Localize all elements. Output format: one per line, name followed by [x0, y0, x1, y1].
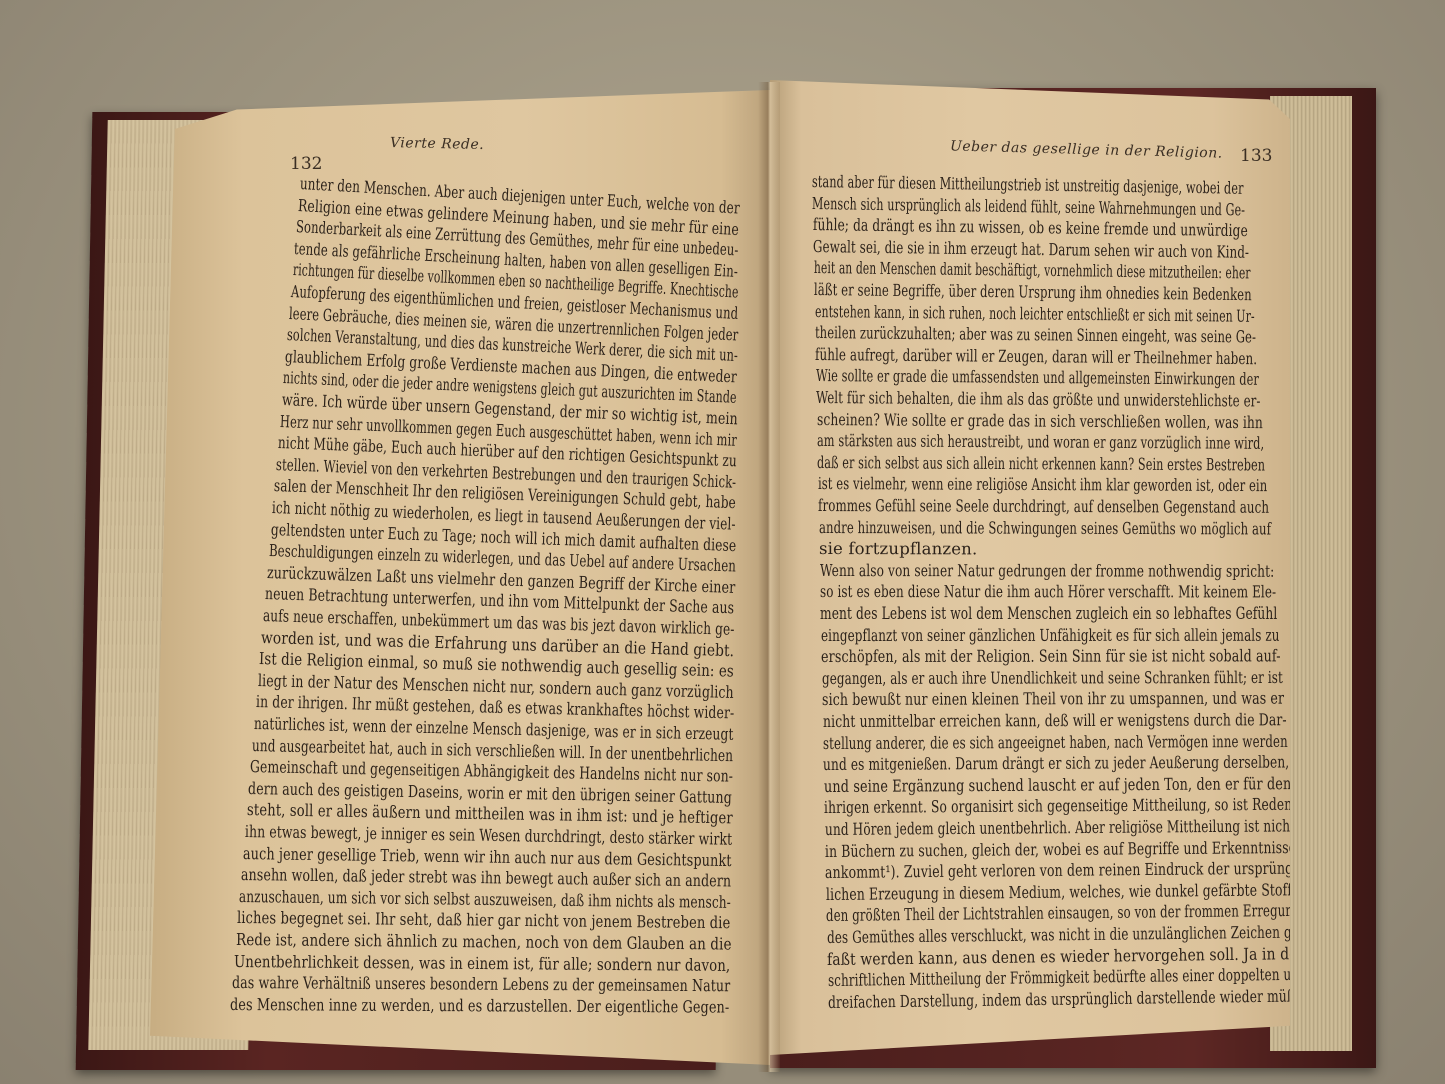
text-line: ist es vielmehr, wenn eine religiöse Ans… [818, 474, 1132, 495]
text-line: schriftlichen Mittheilung der Frömmigkei… [827, 967, 1173, 991]
text-line: des Gemüthes alles verschluckt, was nich… [827, 924, 1173, 947]
text-line: sich bewußt nur einen kleinen Theil von … [822, 689, 1175, 709]
text-line: Mensch sich ursprünglich als leidend füh… [812, 194, 1105, 217]
text-line: anzuschauen, um sich vor sich selbst aus… [239, 887, 599, 910]
text-line: auch jener gesellige Trieb, wenn wir ihn… [243, 844, 623, 869]
text-line: lichen Erzeugung in diesem Medium, welch… [826, 881, 1183, 904]
text-line: scheinen? Wie sollte er grade das in sic… [817, 410, 1149, 431]
page-number-right: 133 [1240, 146, 1272, 166]
text-line: eingepflanzt von seiner gänzlichen Unfäh… [821, 625, 1153, 644]
text-line: ansehn wollen, daß jeder strebt was ihn … [241, 865, 616, 889]
text-line: läßt er seine Begriffe, über deren Urspr… [814, 280, 1122, 303]
text-line: Unentbehrlichkeit dessen, was in einem i… [234, 952, 634, 974]
text-line: stellung anderer, die es sich angeeignet… [823, 732, 1155, 753]
text-line: heit an den Menschen damit beschäftigt, … [814, 258, 1098, 281]
text-line: und Hören jedem gleich unentbehrlich. Ab… [825, 817, 1170, 839]
text-line: theilen zurückzuhalten; aber was zu sein… [815, 323, 1123, 345]
text-line: des Menschen inne zu werden, und es darz… [230, 995, 618, 1016]
text-line: dreifachen Darstellung, indem das ursprü… [828, 988, 1185, 1012]
text-line: ankommt¹). Zuviel geht verloren von dem … [825, 860, 1185, 882]
text-line: ment des Lebens ist wol dem Menschen zug… [820, 604, 1158, 623]
text-line: und es mitgenießen. Darum drängt er sich… [823, 753, 1168, 774]
text-line: gegangen, als er auch ihre Unendlichkeit… [822, 668, 1155, 688]
text-line: fühle; da drängt es ihn zu wissen, ob es… [813, 215, 1134, 239]
left-page: Vierte Rede. 132 unter den Menschen. Abe… [150, 90, 770, 1065]
text-line: ihrigen erkennt. So organisirt sich gege… [824, 796, 1173, 817]
text-line: sie fortzupflanzen. [819, 539, 1273, 559]
right-page: Ueber das gesellige in der Religion. 133… [770, 80, 1290, 1055]
text-line: in Büchern zu suchen, gleich der, wobei … [825, 839, 1180, 861]
text-line: Wenn also von seiner Natur gedrungen der… [820, 561, 1156, 581]
text-line: stand aber für diesen Mittheilungstrieb … [812, 172, 1106, 196]
text-line: ihn etwas bewegt, je inniger es sein Wes… [245, 822, 612, 847]
running-head-left: Vierte Rede. [390, 135, 485, 153]
text-line: daß er sich selbst aus sich allein nicht… [817, 453, 1122, 474]
text-line: so ist es eben diese Natur die ihm auch … [820, 582, 1151, 601]
text-line: erschöpfen, als mit der Religion. Sein S… [821, 647, 1175, 667]
text-line: liches begegnet sei. Ihr seht, daß hier … [237, 908, 628, 931]
text-line: nicht unmittelbar erreichen kann, deß wi… [822, 711, 1171, 731]
text-line: Rede ist, andere sich ähnlich zu machen,… [235, 930, 639, 953]
text-line: und seine Ergänzung suchend lauscht er a… [824, 775, 1188, 796]
text-line: den größten Theil der Lichtstrahlen eins… [826, 903, 1165, 926]
book-gutter [758, 82, 780, 1072]
text-line: fühle aufregt, darüber will er Zeugen, d… [815, 345, 1133, 367]
text-line: frommes Gefühl seine Seele durchdringt, … [818, 496, 1141, 516]
text-line: Welt für sich behalten, die ihm als das … [816, 388, 1134, 410]
text-line: Gewalt sei, die sie in ihm erzeugt hat. … [813, 237, 1126, 260]
text-line: entstehen kann, in sich ruhen, noch leic… [814, 302, 1104, 324]
text-line: faßt werden kann, aus denen es wieder he… [827, 945, 1229, 969]
text-line: andre hinzuweisen, und die Schwingungen … [819, 518, 1138, 538]
page-number-left: 132 [290, 154, 322, 174]
text-line: Wie sollte er grade die umfassendsten un… [816, 366, 1119, 388]
text-line: am stärksten aus sich heraustreibt, und … [817, 431, 1123, 452]
running-head-right: Ueber das gesellige in der Religion. [950, 138, 1223, 161]
text-line: das wahre Verhältniß unseres besondern L… [232, 973, 612, 994]
